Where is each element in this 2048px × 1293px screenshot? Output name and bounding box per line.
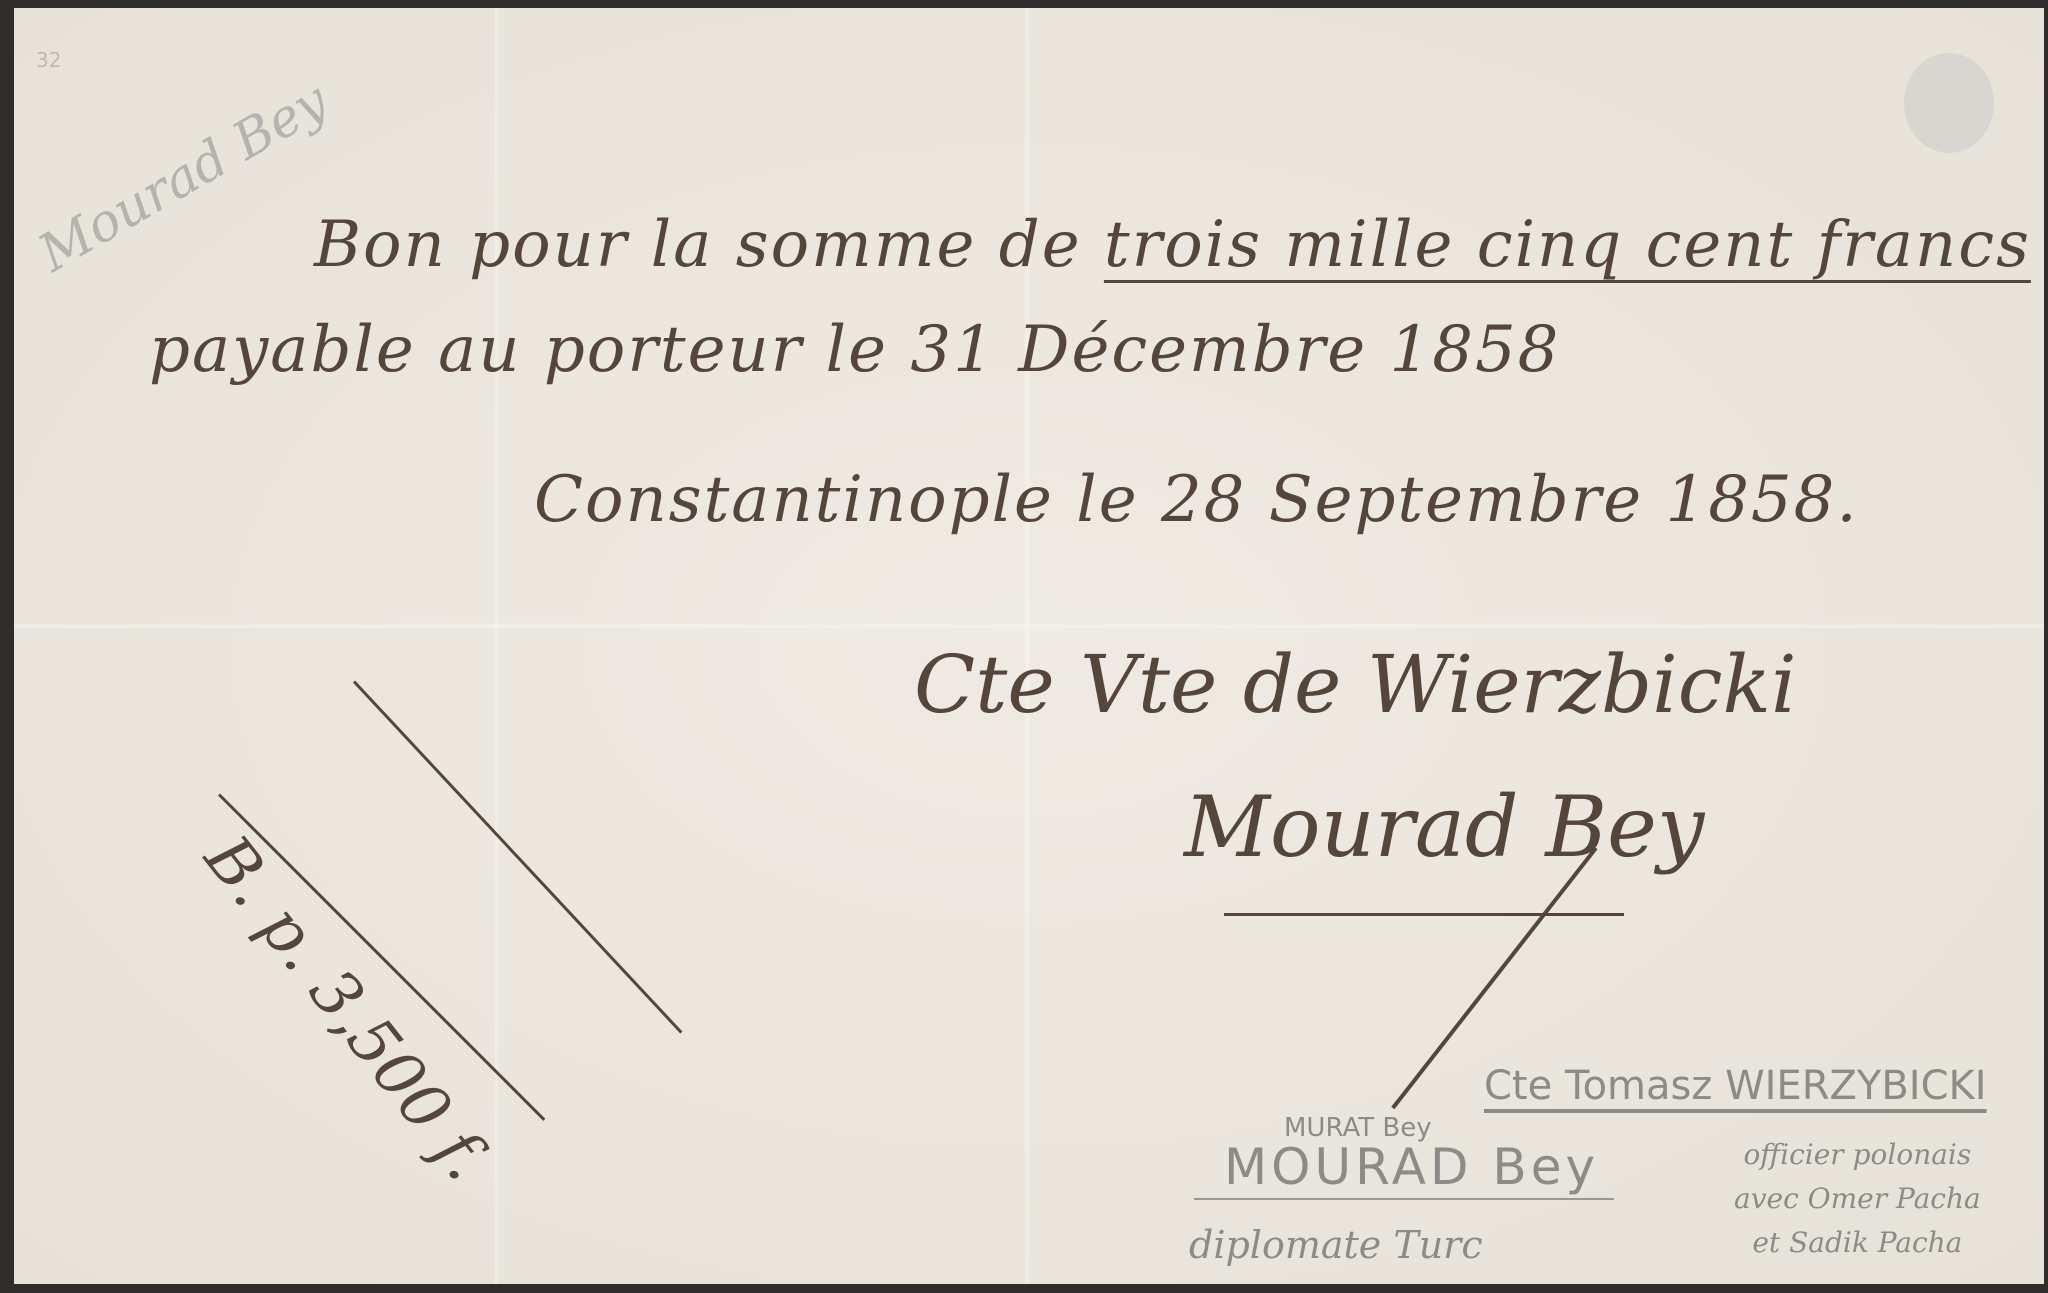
body-line-1-prefix: Bon pour la somme de: [314, 208, 1104, 282]
faded-stamp: [1904, 53, 1994, 153]
signature-underline: [1224, 913, 1624, 916]
place-date-line: Constantinople le 28 Septembre 1858.: [534, 463, 1859, 537]
pencil-diplomate-turc: diplomate Turc: [1189, 1223, 1483, 1267]
corner-number: 32: [36, 48, 61, 72]
body-line-2: payable au porteur le 31 Décembre 1858: [149, 313, 1560, 387]
amount-words: trois mille cinq cent francs: [1104, 208, 2031, 282]
diagonal-endorsement: B. p. 3,500 f.: [190, 822, 504, 1194]
pencil-mourad-bey: MOURAD Bey: [1224, 1138, 1599, 1196]
document-sheet: 32 Mourad Bey Bon pour la somme de trois…: [14, 8, 2044, 1284]
pencil-underline: [1194, 1198, 1614, 1200]
margin-pencil-note: Mourad Bey: [29, 71, 338, 284]
pencil-name-wierzybicki: Cte Tomasz WIERZYBICKI: [1484, 1063, 1987, 1109]
pencil-officer-note: officier polonais avec Omer Pacha et Sad…: [1734, 1133, 1981, 1265]
body-line-1: Bon pour la somme de trois mille cinq ce…: [314, 208, 2031, 282]
signature-mourad-bey: Mourad Bey: [1184, 778, 1704, 876]
signature-wierzbicki: Cte Vte de Wierzbicki: [914, 638, 1797, 731]
